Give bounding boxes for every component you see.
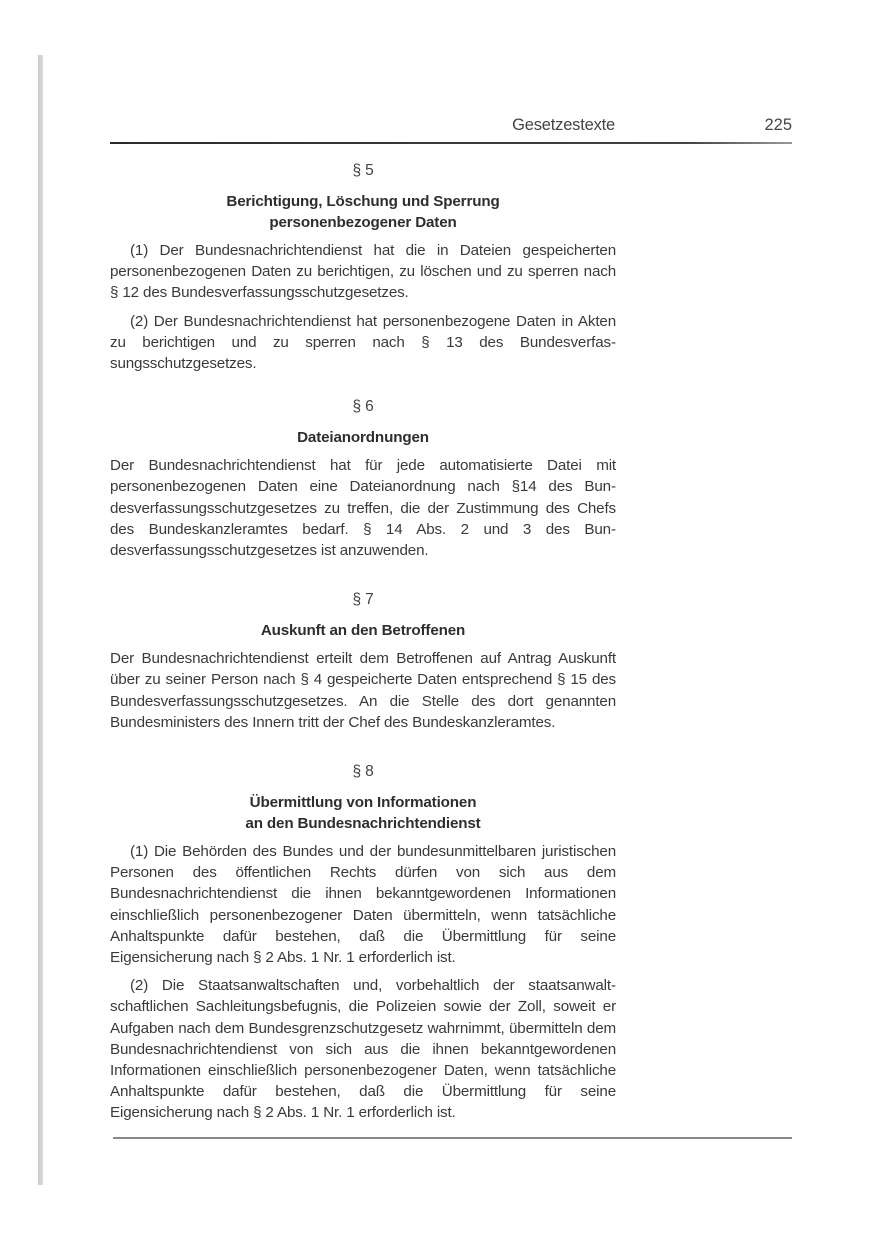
section-paragraph: (1) Der Bundesnachrichtendienst hat die … bbox=[110, 240, 616, 304]
section-title: Berichtigung, Löschung und Sperrung bbox=[110, 191, 616, 212]
section-title: Dateianordnungen bbox=[110, 427, 616, 448]
section-5: § 5 Berichtigung, Löschung und Sperrung … bbox=[110, 160, 616, 374]
section-8: § 8 Übermittlung von Informationen an de… bbox=[110, 761, 616, 1124]
section-title: Übermittlung von Informationen bbox=[110, 792, 616, 813]
section-title: an den Bundesnachrichtendienst bbox=[110, 813, 616, 834]
header-rule bbox=[110, 142, 792, 144]
section-number: § 7 bbox=[110, 589, 616, 611]
scan-page-edge bbox=[38, 55, 43, 1185]
section-number: § 8 bbox=[110, 761, 616, 783]
running-head: Gesetzestexte 225 bbox=[110, 112, 792, 142]
section-paragraph: Der Bundesnachrichtendienst hat für jede… bbox=[110, 455, 616, 561]
section-number: § 6 bbox=[110, 396, 616, 418]
section-6: § 6 Dateianordnungen Der Bundesnachricht… bbox=[110, 396, 616, 561]
footer-rule bbox=[113, 1137, 792, 1139]
section-number: § 5 bbox=[110, 160, 616, 182]
running-head-title: Gesetzestexte bbox=[512, 116, 615, 135]
section-paragraph: (2) Die Staatsanwaltschaften und, vorbeh… bbox=[110, 975, 616, 1123]
section-paragraph: (1) Die Behörden des Bundes und der bund… bbox=[110, 841, 616, 968]
page-number: 225 bbox=[764, 116, 792, 135]
section-title: Auskunft an den Betroffenen bbox=[110, 620, 616, 641]
section-paragraph: (2) Der Bundesnachrichtendienst hat pers… bbox=[110, 311, 616, 375]
section-title: personenbezogener Daten bbox=[110, 212, 616, 233]
section-paragraph: Der Bundesnachrichtendienst erteilt dem … bbox=[110, 648, 616, 733]
section-7: § 7 Auskunft an den Betroffenen Der Bund… bbox=[110, 589, 616, 733]
text-column: § 5 Berichtigung, Löschung und Sperrung … bbox=[110, 160, 616, 1124]
